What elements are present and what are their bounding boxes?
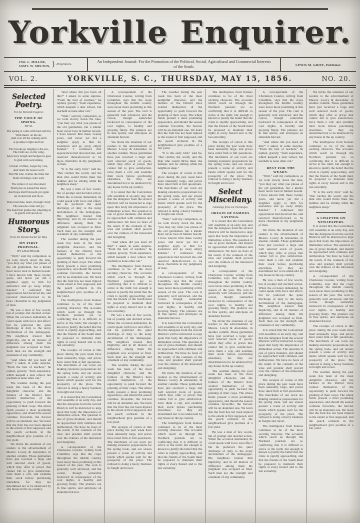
body-paragraph: The weather during the past week has bee… (158, 91, 202, 151)
source-line: Gleanings from our Exchanges. (208, 206, 252, 209)
column-divider-rule (316, 212, 346, 213)
body-paragraph: The intelligence from Kansas continues t… (208, 91, 252, 140)
body-paragraph: We invite the attention of our readers t… (158, 372, 202, 421)
body-paragraph: We invite the attention of our readers t… (107, 141, 151, 190)
column-6: A correspondent of the Charleston Courie… (255, 89, 305, 523)
body-paragraph: It is stated that the Convention will as… (107, 191, 151, 240)
article-heading: A CHAPTER ON NEWSPAPERS. (310, 216, 352, 224)
body-paragraph: We invite the attention of our readers t… (309, 91, 353, 140)
body-paragraph: A correspondent of the Charleston Courie… (107, 91, 151, 140)
masthead-infobar: JNO. L. MILLER, SAM'L W. MELTON, } Propr… (4, 57, 356, 72)
body-paragraph: The intelligence from Kansas continues t… (259, 425, 303, 474)
body-paragraph: We invite the attention of our readers t… (7, 443, 51, 492)
body-paragraph: It is stated that the Convention will as… (57, 396, 101, 445)
poem-line: Doth all things order well. (7, 177, 51, 181)
body-paragraph: "Well," said my companion, as we rode sl… (259, 175, 303, 228)
journal-motto: An Independent Journal: For the Promotio… (88, 58, 280, 71)
body-paragraph: A correspondent of the Charleston Courie… (57, 446, 101, 495)
body-paragraph: He was a man of few words, but of prompt… (57, 188, 101, 237)
body-paragraph: The receipts of cotton at this place dur… (208, 141, 252, 186)
section-header: Selected Poetry. (7, 93, 51, 109)
body-paragraph: The weather during the past week has bee… (57, 238, 101, 298)
dateline: VOL. 2. YORKVILLE, S. C., THURSDAY, MAY … (4, 72, 356, 85)
article-title: MY FIRST PROPOSAL. (9, 241, 49, 249)
place-date-label: YORKVILLE, S. C., THURSDAY, MAY 15, 1856… (67, 74, 292, 83)
body-paragraph: We invite the attention of our readers t… (259, 229, 303, 278)
body-paragraph: It is stated that the Convention will as… (208, 220, 252, 269)
body-paragraph: The weather during the past week has bee… (107, 364, 151, 424)
body-paragraph: The receipts of cotton at this place dur… (107, 426, 151, 471)
body-paragraph: It is stated that the Convention will as… (158, 322, 202, 371)
column-4: The weather during the past week has bee… (154, 89, 204, 523)
body-paragraph: The weather during the past week has bee… (208, 370, 252, 430)
source-line: For the Yorkville Enquirer. (7, 111, 51, 114)
section-header: Humorous Story. (7, 218, 51, 234)
dialogue-paragraph: "And where did you learn all this?" I as… (107, 241, 151, 264)
body-paragraph: "Well," said my companion, as we rode sl… (158, 218, 202, 271)
dateline-double-rule (4, 85, 356, 88)
body-paragraph: He was a man of few words, but of prompt… (208, 431, 252, 480)
byline: BY M. (7, 125, 51, 128)
masthead-title: Yorkville Enquirer. (0, 13, 360, 53)
column-7: We invite the attention of our readers t… (306, 89, 356, 523)
body-paragraph: We invite the attention of our readers t… (208, 320, 252, 369)
column-3: A correspondent of the Charleston Courie… (104, 89, 154, 523)
section-header: Select Miscellany. (208, 188, 252, 204)
dialogue-paragraph: "And where did you learn all this?" I as… (7, 359, 51, 382)
article-heading: REST FOR THE WEARY. (260, 166, 302, 174)
column-grid: Selected Poetry.For the Yorkville Enquir… (4, 89, 356, 523)
proprietors-names: JNO. L. MILLER, SAM'L W. MELTON, (19, 61, 50, 68)
body-paragraph: The intelligence from Kansas continues t… (309, 141, 353, 190)
body-paragraph: "Well," said my companion, as we rode sl… (57, 115, 101, 168)
poem: The spring is come with bud and bloom,Wi… (7, 130, 51, 216)
body-paragraph: The receipts of cotton at this place dur… (309, 325, 353, 370)
dialogue-paragraph: "And where did you learn all this?" I as… (259, 141, 303, 164)
body-paragraph: A correspondent of the Charleston Courie… (309, 275, 353, 324)
body-paragraph: He was a man of few words, but of prompt… (107, 314, 151, 363)
column-5: The intelligence from Kansas continues t… (205, 89, 255, 523)
body-paragraph: It is stated that the Convention will as… (259, 329, 303, 378)
article-title: THE VOICE OF SPRING. (9, 116, 49, 124)
issue-number-label: NO. 20. (322, 75, 351, 83)
proprietors-box: JNO. L. MILLER, SAM'L W. MELTON, } Propr… (4, 58, 88, 71)
body-paragraph: The intelligence from Kansas continues t… (57, 299, 101, 348)
body-paragraph: The receipts of cotton at this place dur… (57, 349, 101, 394)
dialogue-paragraph: "It is the early bird," said he, "that c… (158, 152, 202, 171)
body-paragraph: A correspondent of the Charleston Courie… (259, 91, 303, 140)
dialogue-paragraph: "It is the early bird," said he, "that c… (309, 191, 353, 210)
publisher-box: LEWIS M. GRIST, Publisher. (280, 58, 356, 71)
body-paragraph: It is stated that the Convention will as… (309, 225, 353, 274)
body-paragraph: The weather during the past week has bee… (309, 371, 353, 431)
body-paragraph: He was a man of few words, but of prompt… (7, 309, 51, 358)
newspaper-page: Yorkville Enquirer. JNO. L. MILLER, SAM'… (0, 0, 360, 523)
body-paragraph: The weather during the past week has bee… (7, 382, 51, 442)
proprietor-name-2: SAM'L W. MELTON, (19, 65, 50, 68)
column-1: Selected Poetry.For the Yorkville Enquir… (4, 89, 53, 523)
proprietors-label: Proprietors. (57, 63, 73, 66)
source-line: From the Knickerbocker for May. (7, 236, 51, 239)
dialogue-paragraph: "And where did you learn all this?" I as… (57, 91, 101, 114)
poem-line: Is gentle still and slow. (7, 212, 51, 216)
dialogue-paragraph: "It is the early bird," said he, "that c… (57, 168, 101, 187)
body-paragraph: The receipts of cotton at this place dur… (158, 172, 202, 217)
body-paragraph: The intelligence from Kansas continues t… (158, 422, 202, 471)
top-rule (32, 8, 328, 10)
body-paragraph: "Well," said my companion, as we rode sl… (7, 255, 51, 308)
body-paragraph: He was a man of few words, but of prompt… (259, 279, 303, 328)
brace-glyph: } (52, 63, 55, 66)
body-paragraph: A correspondent of the Charleston Courie… (158, 272, 202, 321)
body-paragraph: The intelligence from Kansas continues t… (107, 265, 151, 314)
column-2: "And where did you learn all this?" I as… (53, 89, 103, 523)
byline: BY A BACHELOR. (7, 250, 51, 253)
body-paragraph: A correspondent of the Charleston Courie… (208, 270, 252, 319)
volume-label: VOL. 2. (9, 75, 38, 83)
body-paragraph: The receipts of cotton at this place dur… (259, 379, 303, 424)
article-title: ORIGIN OF FAMOUS SAYINGS. (210, 211, 250, 219)
